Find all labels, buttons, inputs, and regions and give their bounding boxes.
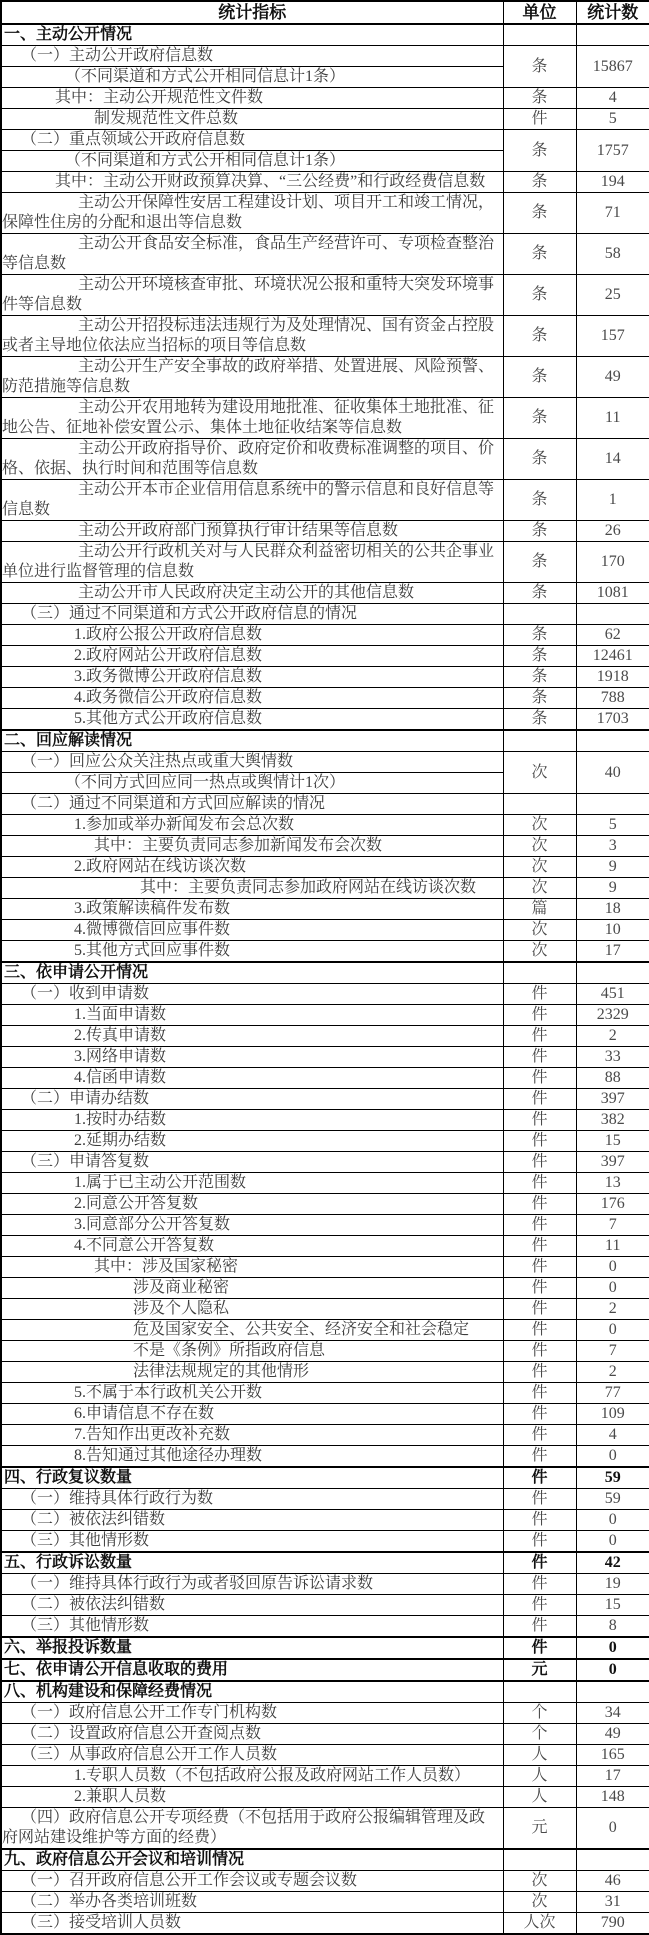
table-row: （三）其他情形数件8	[1, 1616, 649, 1638]
indicator-cell: 8.告知通过其他途径办理数	[1, 1446, 503, 1468]
section-row: 一、主动公开情况	[1, 24, 649, 46]
table-row: （二）通过不同渠道和方式回应解读的情况	[1, 794, 649, 815]
indicator-label: （一）维持具体行政行为或者驳回原告诉讼请求数	[2, 1574, 503, 1594]
unit-cell: 条	[503, 46, 576, 88]
table-row: 8.告知通过其他途径办理数件0	[1, 1446, 649, 1468]
indicator-cell: （三）接受培训人员数	[1, 1913, 503, 1935]
value-cell: 2	[576, 1362, 649, 1383]
indicator-label: 其中：主要负责同志参加政府网站在线访谈次数	[2, 878, 503, 898]
indicator-cell: 制发规范性文件总数	[1, 109, 503, 130]
indicator-cell: 六、举报投诉数量	[1, 1637, 503, 1659]
table-row: 2.兼职人员数人148	[1, 1787, 649, 1808]
indicator-label: 2.政府网站在线访谈次数	[2, 857, 503, 877]
value-cell: 4	[576, 88, 649, 109]
indicator-cell: 2.传真申请数	[1, 1026, 503, 1047]
indicator-label: （四）政府信息公开专项经费（不包括用于政府公报编辑管理及政府网站建设维护等方面的…	[2, 1808, 503, 1848]
table-row: 1.专职人员数（不包括政府公报及政府网站工作人员数）人17	[1, 1766, 649, 1787]
indicator-label: 2.同意公开答复数	[2, 1194, 503, 1214]
unit-cell: 件	[503, 1320, 576, 1341]
indicator-cell: 主动公开市人民政府决定主动公开的其他信息数	[1, 583, 503, 604]
unit-cell: 件	[503, 1047, 576, 1068]
section-row: 八、机构建设和保障经费情况	[1, 1681, 649, 1703]
indicator-label: （三）接受培训人员数	[2, 1913, 503, 1933]
indicator-cell: 其中：主动公开规范性文件数	[1, 88, 503, 109]
unit-cell: 个	[503, 1724, 576, 1745]
table-row: （一）政府信息公开工作专门机构数个34	[1, 1703, 649, 1724]
indicator-label: 4.信函申请数	[2, 1068, 503, 1088]
table-row: 制发规范性文件总数件5	[1, 109, 649, 130]
indicator-label: 八、机构建设和保障经费情况	[2, 1682, 503, 1702]
value-cell: 34	[576, 1703, 649, 1724]
table-header: 统计指标 单位 统计数	[1, 1, 649, 24]
indicator-label: （二）被依法纠错数	[2, 1595, 503, 1615]
unit-cell: 件	[503, 1446, 576, 1468]
unit-cell: 条	[503, 521, 576, 542]
unit-cell: 条	[503, 130, 576, 172]
unit-cell	[503, 962, 576, 984]
section-row: 四、行政复议数量件59	[1, 1467, 649, 1489]
indicator-label: 四、行政复议数量	[2, 1468, 503, 1488]
value-cell: 26	[576, 521, 649, 542]
indicator-cell: 危及国家安全、公共安全、经济安全和社会稳定	[1, 1320, 503, 1341]
value-cell: 4	[576, 1425, 649, 1446]
indicator-cell: 其中：主要负责同志参加新闻发布会次数	[1, 836, 503, 857]
indicator-label: 三、依申请公开情况	[2, 963, 503, 983]
unit-cell: 件	[503, 1215, 576, 1236]
table-row: 主动公开行政机关对与人民群众利益密切相关的公共企事业单位进行监督管理的信息数条1…	[1, 542, 649, 583]
table-row: 5.其他方式公开政府信息数条1703	[1, 709, 649, 731]
table-row: 1.按时办结数件382	[1, 1110, 649, 1131]
indicator-cell: 4.信函申请数	[1, 1068, 503, 1089]
indicator-label: 1.当面申请数	[2, 1005, 503, 1025]
table-row: （二）举办各类培训班数次31	[1, 1892, 649, 1913]
unit-cell: 次	[503, 752, 576, 794]
indicator-label: （三）申请答复数	[2, 1152, 503, 1172]
table-row: 2.政府网站公开政府信息数条12461	[1, 646, 649, 667]
indicator-cell: 主动公开环境核查审批、环境状况公报和重特大突发环境事件等信息数	[1, 275, 503, 316]
value-cell: 59	[576, 1489, 649, 1510]
value-cell	[576, 962, 649, 984]
value-cell: 7	[576, 1341, 649, 1362]
unit-cell: 件	[503, 1467, 576, 1489]
indicator-cell: 3.同意部分公开答复数	[1, 1215, 503, 1236]
indicator-cell: 四、行政复议数量	[1, 1467, 503, 1489]
unit-cell	[503, 1849, 576, 1871]
indicator-cell: （二）申请办结数	[1, 1089, 503, 1110]
indicator-cell: 二、回应解读情况	[1, 730, 503, 752]
indicator-label: （二）重点领域公开政府信息数	[2, 130, 503, 150]
unit-cell: 件	[503, 1425, 576, 1446]
unit-cell: 件	[503, 1068, 576, 1089]
indicator-cell: 其中：主动公开财政预算决算、“三公经费”和行政经费信息数	[1, 172, 503, 193]
unit-cell: 元	[503, 1808, 576, 1850]
value-cell: 31	[576, 1892, 649, 1913]
indicator-cell: （一）回应公众关注热点或重大舆情数（不同方式回应同一热点或舆情计1次）	[1, 752, 503, 794]
indicator-cell: 涉及个人隐私	[1, 1299, 503, 1320]
indicator-cell: （二）重点领域公开政府信息数（不同渠道和方式公开相同信息计1条）	[1, 130, 503, 172]
table-row: 1.政府公报公开政府信息数条62	[1, 625, 649, 646]
unit-cell: 人次	[503, 1913, 576, 1935]
indicator-cell: （一）召开政府信息公开工作会议或专题会议数	[1, 1871, 503, 1892]
value-cell: 1757	[576, 130, 649, 172]
value-cell: 0	[576, 1808, 649, 1850]
col-header-count: 统计数	[576, 1, 649, 24]
value-cell: 157	[576, 316, 649, 357]
value-cell: 15	[576, 1131, 649, 1152]
unit-cell: 次	[503, 1892, 576, 1913]
value-cell: 15867	[576, 46, 649, 88]
unit-cell: 件	[503, 1278, 576, 1299]
value-cell: 0	[576, 1446, 649, 1468]
unit-cell: 件	[503, 1152, 576, 1173]
unit-cell: 件	[503, 1194, 576, 1215]
table-row: （一）收到申请数件451	[1, 984, 649, 1005]
value-cell	[576, 24, 649, 46]
indicator-label: 其中：主动公开规范性文件数	[2, 88, 503, 108]
indicator-cell: 五、行政诉讼数量	[1, 1552, 503, 1574]
indicator-cell: 6.申请信息不存在数	[1, 1404, 503, 1425]
table-row: 1.参加或举办新闻发布会总次数次5	[1, 815, 649, 836]
table-row: 其中：主动公开财政预算决算、“三公经费”和行政经费信息数条194	[1, 172, 649, 193]
indicator-label: 二、回应解读情况	[2, 731, 503, 751]
unit-cell: 人	[503, 1745, 576, 1766]
value-cell	[576, 730, 649, 752]
unit-cell	[503, 730, 576, 752]
unit-cell	[503, 24, 576, 46]
table-row: 涉及商业秘密件0	[1, 1278, 649, 1299]
indicator-label: 4.不同意公开答复数	[2, 1236, 503, 1256]
indicator-cell: 法律法规规定的其他情形	[1, 1362, 503, 1383]
value-cell: 14	[576, 439, 649, 480]
indicator-cell: 不是《条例》所指政府信息	[1, 1341, 503, 1362]
value-cell: 46	[576, 1871, 649, 1892]
table-row: 危及国家安全、公共安全、经济安全和社会稳定件0	[1, 1320, 649, 1341]
value-cell: 165	[576, 1745, 649, 1766]
indicator-cell: （二）设置政府信息公开查阅点数	[1, 1724, 503, 1745]
unit-cell: 篇	[503, 899, 576, 920]
table-row: 法律法规规定的其他情形件2	[1, 1362, 649, 1383]
indicator-label: 六、举报投诉数量	[2, 1638, 503, 1658]
value-cell: 397	[576, 1152, 649, 1173]
value-cell: 0	[576, 1278, 649, 1299]
value-cell: 790	[576, 1913, 649, 1935]
indicator-label: （三）其他情形数	[2, 1531, 503, 1551]
table-row: 2.政府网站在线访谈次数次9	[1, 857, 649, 878]
table-row: 主动公开政府部门预算执行审计结果等信息数条26	[1, 521, 649, 542]
table-row: 主动公开政府指导价、政府定价和收费标准调整的项目、价格、依据、执行时间和范围等信…	[1, 439, 649, 480]
section-row: 三、依申请公开情况	[1, 962, 649, 984]
value-cell: 382	[576, 1110, 649, 1131]
table-row: （三）通过不同渠道和方式公开政府信息的情况	[1, 604, 649, 625]
indicator-cell: 5.其他方式回应事件数	[1, 941, 503, 963]
table-row: （二）重点领域公开政府信息数（不同渠道和方式公开相同信息计1条）条1757	[1, 130, 649, 172]
indicator-cell: 主动公开保障性安居工程建设计划、项目开工和竣工情况，保障性住房的分配和退出等信息…	[1, 193, 503, 234]
indicator-cell: （二）通过不同渠道和方式回应解读的情况	[1, 794, 503, 815]
value-cell	[576, 1849, 649, 1871]
indicator-cell: 主动公开政府部门预算执行审计结果等信息数	[1, 521, 503, 542]
indicator-label: 主动公开保障性安居工程建设计划、项目开工和竣工情况，保障性住房的分配和退出等信息…	[2, 193, 503, 233]
unit-cell: 件	[503, 1299, 576, 1320]
unit-cell: 次	[503, 815, 576, 836]
value-cell: 59	[576, 1467, 649, 1489]
indicator-cell: 3.政务微博公开政府信息数	[1, 667, 503, 688]
unit-cell: 条	[503, 646, 576, 667]
value-cell	[576, 604, 649, 625]
indicator-label: 涉及个人隐私	[2, 1299, 503, 1319]
indicator-cell: （三）从事政府信息公开工作人员数	[1, 1745, 503, 1766]
unit-cell: 次	[503, 878, 576, 899]
indicator-label: 1.按时办结数	[2, 1110, 503, 1130]
unit-cell: 件	[503, 1552, 576, 1574]
value-cell: 9	[576, 878, 649, 899]
unit-cell: 条	[503, 667, 576, 688]
table-row: （三）从事政府信息公开工作人员数人165	[1, 1745, 649, 1766]
indicator-cell: （三）其他情形数	[1, 1616, 503, 1638]
table-row: 6.申请信息不存在数件109	[1, 1404, 649, 1425]
indicator-label: 1.政府公报公开政府信息数	[2, 625, 503, 645]
table-row: 其中：主要负责同志参加政府网站在线访谈次数次9	[1, 878, 649, 899]
unit-cell: 次	[503, 1871, 576, 1892]
unit-cell: 件	[503, 1131, 576, 1152]
unit-cell	[503, 604, 576, 625]
indicator-cell: 主动公开本市企业信用信息系统中的警示信息和良好信息等信息数	[1, 480, 503, 521]
table-row: 主动公开招投标违法违规行为及处理情况、国有资金占控股或者主导地位依法应当招标的项…	[1, 316, 649, 357]
indicator-label: 九、政府信息公开会议和培训情况	[2, 1850, 503, 1870]
statistics-table: 统计指标 单位 统计数 一、主动公开情况（一）主动公开政府信息数（不同渠道和方式…	[0, 0, 649, 1935]
col-header-unit: 单位	[503, 1, 576, 24]
indicator-cell: （一）维持具体行政行为或者驳回原告诉讼请求数	[1, 1574, 503, 1595]
indicator-label: （三）通过不同渠道和方式公开政府信息的情况	[2, 604, 503, 624]
value-cell: 77	[576, 1383, 649, 1404]
value-cell: 0	[576, 1637, 649, 1659]
indicator-cell: 1.当面申请数	[1, 1005, 503, 1026]
unit-cell: 条	[503, 316, 576, 357]
table-row: 1.当面申请数件2329	[1, 1005, 649, 1026]
indicator-label: （三）从事政府信息公开工作人员数	[2, 1745, 503, 1765]
indicator-label: （二）被依法纠错数	[2, 1510, 503, 1530]
indicator-cell: （二）被依法纠错数	[1, 1595, 503, 1616]
indicator-cell: （三）通过不同渠道和方式公开政府信息的情况	[1, 604, 503, 625]
indicator-label: 主动公开环境核查审批、环境状况公报和重特大突发环境事件等信息数	[2, 275, 503, 315]
indicator-label: 主动公开行政机关对与人民群众利益密切相关的公共企事业单位进行监督管理的信息数	[2, 542, 503, 582]
table-row: （一）回应公众关注热点或重大舆情数（不同方式回应同一热点或舆情计1次）次40	[1, 752, 649, 794]
value-cell: 1081	[576, 583, 649, 604]
indicator-cell: 涉及商业秘密	[1, 1278, 503, 1299]
value-cell: 42	[576, 1552, 649, 1574]
unit-cell: 人	[503, 1787, 576, 1808]
unit-cell	[503, 1681, 576, 1703]
table-row: 5.不属于本行政机关公开数件77	[1, 1383, 649, 1404]
indicator-cell: （一）主动公开政府信息数（不同渠道和方式公开相同信息计1条）	[1, 46, 503, 88]
value-cell: 7	[576, 1215, 649, 1236]
table-row: 主动公开生产安全事故的政府举措、处置进展、风险预警、防范措施等信息数条49	[1, 357, 649, 398]
indicator-cell: 一、主动公开情况	[1, 24, 503, 46]
table-row: （一）维持具体行政行为或者驳回原告诉讼请求数件19	[1, 1574, 649, 1595]
indicator-cell: （二）被依法纠错数	[1, 1510, 503, 1531]
indicator-cell: 1.属于已主动公开范围数	[1, 1173, 503, 1194]
value-cell	[576, 794, 649, 815]
indicator-label: 危及国家安全、公共安全、经济安全和社会稳定	[2, 1320, 503, 1340]
table-row: 其中：主动公开规范性文件数条4	[1, 88, 649, 109]
indicator-cell: 其中：主要负责同志参加政府网站在线访谈次数	[1, 878, 503, 899]
unit-cell: 条	[503, 709, 576, 731]
value-cell: 1	[576, 480, 649, 521]
indicator-label: 5.不属于本行政机关公开数	[2, 1383, 503, 1403]
unit-cell: 件	[503, 1257, 576, 1278]
table-row: 不是《条例》所指政府信息件7	[1, 1341, 649, 1362]
indicator-cell: （一）收到申请数	[1, 984, 503, 1005]
table-row: 3.政务微博公开政府信息数条1918	[1, 667, 649, 688]
table-row: 4.不同意公开答复数件11	[1, 1236, 649, 1257]
indicator-label: 主动公开政府部门预算执行审计结果等信息数	[2, 521, 503, 541]
indicator-sublabel: （不同渠道和方式公开相同信息计1条）	[2, 150, 503, 171]
table-row: （三）申请答复数件397	[1, 1152, 649, 1173]
indicator-cell: 3.政策解读稿件发布数	[1, 899, 503, 920]
indicator-label: 4.政务微信公开政府信息数	[2, 688, 503, 708]
indicator-label: 3.政务微博公开政府信息数	[2, 667, 503, 687]
value-cell: 58	[576, 234, 649, 275]
indicator-label: 2.延期办结数	[2, 1131, 503, 1151]
indicator-label: （二）申请办结数	[2, 1089, 503, 1109]
table-row: （三）接受培训人员数人次790	[1, 1913, 649, 1935]
unit-cell: 人	[503, 1766, 576, 1787]
indicator-label: 5.其他方式回应事件数	[2, 941, 503, 961]
indicator-cell: 1.专职人员数（不包括政府公报及政府网站工作人员数）	[1, 1766, 503, 1787]
value-cell: 49	[576, 1724, 649, 1745]
indicator-label: 法律法规规定的其他情形	[2, 1362, 503, 1382]
section-row: 五、行政诉讼数量件42	[1, 1552, 649, 1574]
indicator-label: 2.政府网站公开政府信息数	[2, 646, 503, 666]
table-row: 5.其他方式回应事件数次17	[1, 941, 649, 963]
unit-cell: 次	[503, 941, 576, 963]
value-cell: 5	[576, 815, 649, 836]
unit-cell: 件	[503, 1173, 576, 1194]
unit-cell: 件	[503, 1383, 576, 1404]
indicator-label: 不是《条例》所指政府信息	[2, 1341, 503, 1361]
table-row: （一）主动公开政府信息数（不同渠道和方式公开相同信息计1条）条15867	[1, 46, 649, 88]
unit-cell: 条	[503, 480, 576, 521]
indicator-cell: 主动公开招投标违法违规行为及处理情况、国有资金占控股或者主导地位依法应当招标的项…	[1, 316, 503, 357]
value-cell: 0	[576, 1510, 649, 1531]
value-cell: 10	[576, 920, 649, 941]
indicator-label: 主动公开政府指导价、政府定价和收费标准调整的项目、价格、依据、执行时间和范围等信…	[2, 439, 503, 479]
value-cell: 0	[576, 1257, 649, 1278]
indicator-cell: 主动公开生产安全事故的政府举措、处置进展、风险预警、防范措施等信息数	[1, 357, 503, 398]
indicator-label: 1.专职人员数（不包括政府公报及政府网站工作人员数）	[2, 1766, 503, 1786]
unit-cell: 次	[503, 920, 576, 941]
value-cell: 49	[576, 357, 649, 398]
header-row: 统计指标 单位 统计数	[1, 1, 649, 24]
indicator-label: （二）通过不同渠道和方式回应解读的情况	[2, 794, 503, 814]
indicator-cell: 2.兼职人员数	[1, 1787, 503, 1808]
value-cell: 9	[576, 857, 649, 878]
indicator-cell: （四）政府信息公开专项经费（不包括用于政府公报编辑管理及政府网站建设维护等方面的…	[1, 1808, 503, 1850]
indicator-cell: 1.政府公报公开政府信息数	[1, 625, 503, 646]
unit-cell: 条	[503, 625, 576, 646]
unit-cell: 件	[503, 1362, 576, 1383]
indicator-label: 1.参加或举办新闻发布会总次数	[2, 815, 503, 835]
unit-cell: 次	[503, 836, 576, 857]
table-row: 其中：涉及国家秘密件0	[1, 1257, 649, 1278]
unit-cell: 件	[503, 1026, 576, 1047]
indicator-label: 五、行政诉讼数量	[2, 1553, 503, 1573]
unit-cell: 件	[503, 1489, 576, 1510]
table-row: （一）召开政府信息公开工作会议或专题会议数次46	[1, 1871, 649, 1892]
table-row: 7.告知作出更改补充数件4	[1, 1425, 649, 1446]
table-row: 4.微博微信回应事件数次10	[1, 920, 649, 941]
indicator-cell: 4.政务微信公开政府信息数	[1, 688, 503, 709]
indicator-cell: 三、依申请公开情况	[1, 962, 503, 984]
table-row: 其中：主要负责同志参加新闻发布会次数次3	[1, 836, 649, 857]
table-row: 3.网络申请数件33	[1, 1047, 649, 1068]
indicator-label: 3.网络申请数	[2, 1047, 503, 1067]
table-body: 一、主动公开情况（一）主动公开政府信息数（不同渠道和方式公开相同信息计1条）条1…	[1, 24, 649, 1934]
indicator-label: 主动公开食品安全标准，食品生产经营许可、专项检查整治等信息数	[2, 234, 503, 274]
value-cell: 5	[576, 109, 649, 130]
unit-cell: 条	[503, 542, 576, 583]
unit-cell: 次	[503, 857, 576, 878]
col-header-indicator: 统计指标	[1, 1, 503, 24]
section-row: 九、政府信息公开会议和培训情况	[1, 1849, 649, 1871]
indicator-cell: 八、机构建设和保障经费情况	[1, 1681, 503, 1703]
indicator-label: 6.申请信息不存在数	[2, 1404, 503, 1424]
unit-cell: 条	[503, 275, 576, 316]
indicator-cell: 4.微博微信回应事件数	[1, 920, 503, 941]
indicator-label: 2.兼职人员数	[2, 1787, 503, 1807]
indicator-cell: 5.不属于本行政机关公开数	[1, 1383, 503, 1404]
indicator-cell: 其中：涉及国家秘密	[1, 1257, 503, 1278]
value-cell: 1918	[576, 667, 649, 688]
table-row: （二）申请办结数件397	[1, 1089, 649, 1110]
indicator-label: 一、主动公开情况	[2, 25, 503, 45]
table-row: 涉及个人隐私件2	[1, 1299, 649, 1320]
unit-cell	[503, 794, 576, 815]
unit-cell: 件	[503, 1595, 576, 1616]
unit-cell: 件	[503, 1005, 576, 1026]
value-cell: 3	[576, 836, 649, 857]
unit-cell: 件	[503, 1531, 576, 1553]
indicator-sublabel: （不同方式回应同一热点或舆情计1次）	[2, 772, 503, 793]
unit-cell: 条	[503, 234, 576, 275]
unit-cell: 条	[503, 398, 576, 439]
value-cell: 25	[576, 275, 649, 316]
table-row: （二）被依法纠错数件0	[1, 1510, 649, 1531]
indicator-label: （一）政府信息公开工作专门机构数	[2, 1703, 503, 1723]
indicator-cell: （二）举办各类培训班数	[1, 1892, 503, 1913]
unit-cell: 条	[503, 688, 576, 709]
indicator-cell: 七、依申请公开信息收取的费用	[1, 1659, 503, 1681]
unit-cell: 件	[503, 1510, 576, 1531]
value-cell: 2	[576, 1026, 649, 1047]
indicator-label: 7.告知作出更改补充数	[2, 1425, 503, 1445]
unit-cell: 元	[503, 1659, 576, 1681]
indicator-label: 4.微博微信回应事件数	[2, 920, 503, 940]
indicator-label: 8.告知通过其他途径办理数	[2, 1446, 503, 1466]
indicator-label: 3.政策解读稿件发布数	[2, 899, 503, 919]
table-row: 4.信函申请数件88	[1, 1068, 649, 1089]
value-cell: 148	[576, 1787, 649, 1808]
indicator-cell: 1.参加或举办新闻发布会总次数	[1, 815, 503, 836]
indicator-cell: 2.政府网站公开政府信息数	[1, 646, 503, 667]
value-cell: 18	[576, 899, 649, 920]
indicator-cell: 2.政府网站在线访谈次数	[1, 857, 503, 878]
indicator-label: 1.属于已主动公开范围数	[2, 1173, 503, 1193]
value-cell: 2	[576, 1299, 649, 1320]
unit-cell: 个	[503, 1703, 576, 1724]
table-row: 3.政策解读稿件发布数篇18	[1, 899, 649, 920]
table-row: （二）设置政府信息公开查阅点数个49	[1, 1724, 649, 1745]
value-cell: 19	[576, 1574, 649, 1595]
